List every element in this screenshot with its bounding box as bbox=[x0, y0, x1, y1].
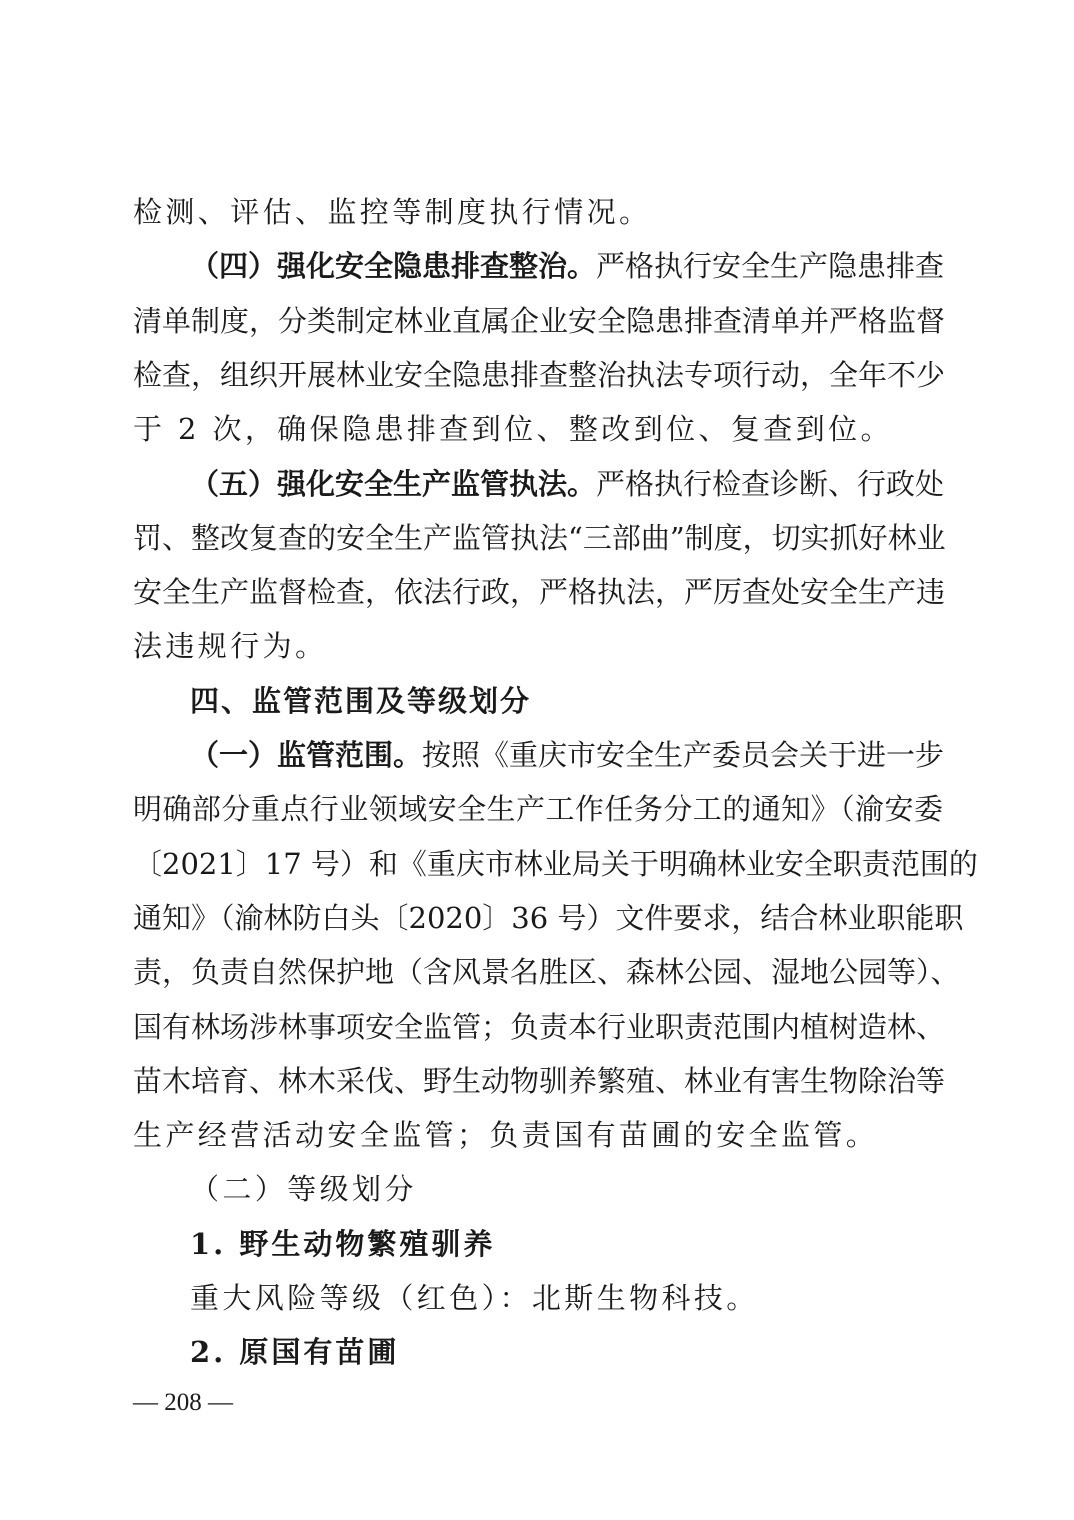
section-lead-bold: （五）强化安全生产监管执法。 bbox=[190, 467, 596, 501]
subsection-1-paragraph-start: （一）监管范围。按照《重庆市安全生产委员会关于进一步 bbox=[190, 737, 943, 773]
line-text: 明确部分重点行业领域安全生产工作任务分工的通知》（渝安委 bbox=[133, 792, 943, 826]
line-text: 检测、评估、监控等制度执行情况。 bbox=[133, 195, 651, 229]
page-number: — 208 — bbox=[133, 1388, 233, 1418]
line-text: 安全生产监督检查，依法行政，严格执法，严厉查处安全生产违 bbox=[133, 575, 945, 609]
section-lead-bold: （四）强化安全隐患排查整治。 bbox=[190, 249, 596, 283]
paragraph-line: 国有林场涉林事项安全监管；负责本行业职责范围内植树造林、 bbox=[133, 1009, 943, 1045]
line-text: 罚、整改复查的安全生产监管执法“三部曲”制度，切实抓好林业 bbox=[133, 521, 946, 555]
line-text: 生产经营活动安全监管；负责国有苗圃的安全监管。 bbox=[133, 1118, 878, 1152]
line-text: 于 2 次，确保隐患排查到位、整改到位、复查到位。 bbox=[133, 412, 893, 446]
line-text: 按照《重庆市安全生产委员会关于进一步 bbox=[422, 738, 944, 772]
line-text: 责，负责自然保护地（含风景名胜区、森林公园、湿地公园等）、 bbox=[133, 955, 960, 989]
paragraph-line: 安全生产监督检查，依法行政，严格执法，严厉查处安全生产违 bbox=[133, 574, 943, 610]
line-text: 法违规行为。 bbox=[133, 629, 327, 663]
paragraph-line: 罚、整改复查的安全生产监管执法“三部曲”制度，切实抓好林业 bbox=[133, 520, 943, 556]
heading-text: 1. 野生动物繁殖驯养 bbox=[190, 1227, 495, 1261]
section-heading: 四、监管范围及等级划分 bbox=[190, 683, 943, 719]
section-lead-bold: （一）监管范围。 bbox=[190, 738, 422, 772]
paragraph-line: 生产经营活动安全监管；负责国有苗圃的安全监管。 bbox=[133, 1117, 943, 1153]
risk-level-line: 重大风险等级（红色）：北斯生物科技。 bbox=[190, 1280, 943, 1316]
paragraph-line: 清单制度，分类制定林业直属企业安全隐患排查清单并严格监督 bbox=[133, 303, 943, 339]
paragraph-line: 〔2021〕17 号）和《重庆市林业局关于明确林业安全职责范围的 bbox=[133, 846, 943, 882]
paragraph-line: 检测、评估、监控等制度执行情况。 bbox=[133, 194, 943, 230]
heading-text: （二）等级划分 bbox=[190, 1172, 417, 1206]
line-text: 国有林场涉林事项安全监管；负责本行业职责范围内植树造林、 bbox=[133, 1010, 945, 1044]
item-heading: 2. 原国有苗圃 bbox=[190, 1334, 943, 1370]
line-text: 检查，组织开展林业安全隐患排查整治执法专项行动，全年不少 bbox=[133, 358, 945, 392]
line-text: 严格执行检查诊断、行政处 bbox=[596, 467, 944, 501]
line-text: 重大风险等级（红色）：北斯生物科技。 bbox=[190, 1281, 759, 1315]
paragraph-line: 明确部分重点行业领域安全生产工作任务分工的通知》（渝安委 bbox=[133, 791, 943, 827]
line-text: 清单制度，分类制定林业直属企业安全隐患排查清单并严格监督 bbox=[133, 304, 945, 338]
section-4-paragraph-start: （四）强化安全隐患排查整治。严格执行安全生产隐患排查 bbox=[190, 248, 943, 284]
section-5-paragraph-start: （五）强化安全生产监管执法。严格执行检查诊断、行政处 bbox=[190, 466, 943, 502]
line-text: 通知》（渝林防白头〔2020〕36 号）文件要求，结合林业职能职 bbox=[133, 901, 963, 935]
paragraph-line: 通知》（渝林防白头〔2020〕36 号）文件要求，结合林业职能职 bbox=[133, 900, 943, 936]
paragraph-line: 于 2 次，确保隐患排查到位、整改到位、复查到位。 bbox=[133, 411, 943, 447]
paragraph-line: 检查，组织开展林业安全隐患排查整治执法专项行动，全年不少 bbox=[133, 357, 943, 393]
line-text: 〔2021〕17 号）和《重庆市林业局关于明确林业安全职责范围的 bbox=[133, 847, 978, 881]
line-text: 严格执行安全生产隐患排查 bbox=[596, 249, 944, 283]
item-heading: 1. 野生动物繁殖驯养 bbox=[190, 1226, 943, 1262]
heading-text: 2. 原国有苗圃 bbox=[190, 1335, 399, 1369]
line-text: 苗木培育、林木采伐、野生动物驯养繁殖、林业有害生物除治等 bbox=[133, 1064, 945, 1098]
heading-text: 四、监管范围及等级划分 bbox=[190, 684, 531, 718]
paragraph-line: 苗木培育、林木采伐、野生动物驯养繁殖、林业有害生物除治等 bbox=[133, 1063, 943, 1099]
subsection-heading: （二）等级划分 bbox=[190, 1171, 943, 1207]
document-page: 检测、评估、监控等制度执行情况。 （四）强化安全隐患排查整治。严格执行安全生产隐… bbox=[0, 0, 1074, 1520]
paragraph-line: 责，负责自然保护地（含风景名胜区、森林公园、湿地公园等）、 bbox=[133, 954, 943, 990]
paragraph-line: 法违规行为。 bbox=[133, 628, 943, 664]
